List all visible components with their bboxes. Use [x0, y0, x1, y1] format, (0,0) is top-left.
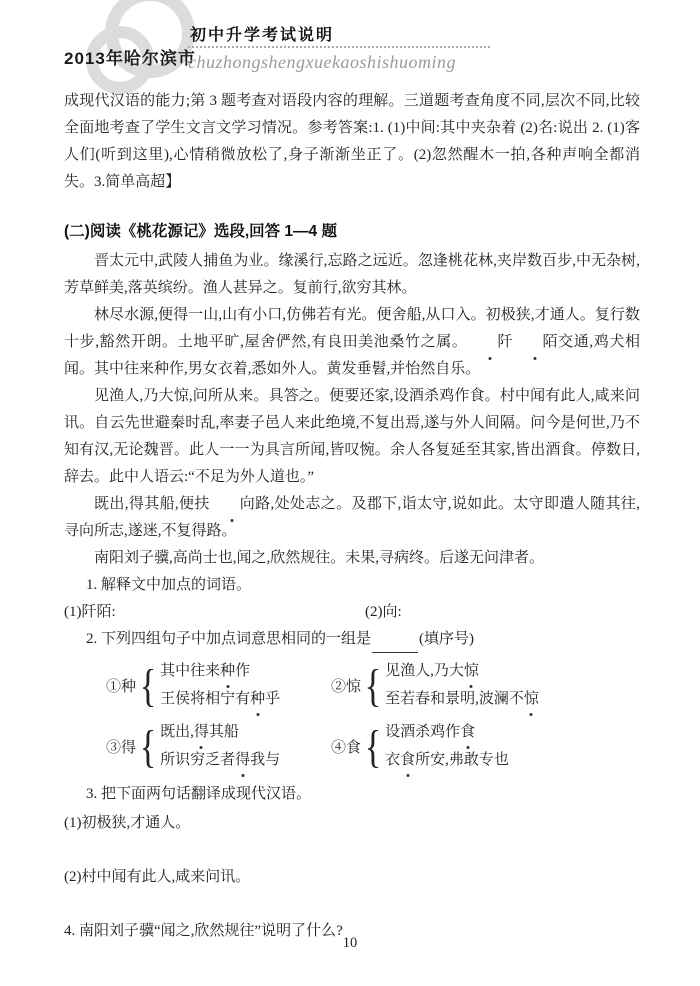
option-group-1-label: ①种: [106, 675, 136, 696]
page-content: 成现代汉语的能力;第 3 题考查对语段内容的理解。三道题考查角度不同,层次不同,…: [64, 88, 640, 945]
option-line: 其中往来种作: [160, 659, 280, 684]
option-line: 衣食所安,弗敢专也: [385, 748, 509, 773]
text-segment: 衣: [385, 752, 400, 768]
option-group-2-label: ②惊: [331, 675, 361, 696]
question-1-label: 1. 解释文中加点的词语。: [64, 572, 640, 599]
header-year-city: 2013年哈尔滨市: [64, 44, 196, 69]
passage-paragraph: 南阳刘子骥,高尚士也,闻之,欣然规往。未果,寻病终。后遂无问津者。: [64, 545, 640, 572]
question-3-part-2: (2)村中闻有此人,咸来问讯。: [64, 864, 640, 891]
option-line: 至若春和景明,波澜不惊: [385, 687, 539, 712]
emphasized-char: 向: [210, 491, 255, 518]
question-2-option-groups: ①种 { 其中往来种作 王侯将相宁有种乎 ②惊 { 见渔人,乃大惊 至若春和景明…: [64, 659, 640, 773]
option-group-4-lines: 设酒杀鸡作食 衣食所安,弗敢专也: [385, 720, 509, 773]
option-line: 见渔人,乃大惊: [385, 659, 539, 684]
question-3-label: 3. 把下面两句话翻译成现代汉语。: [64, 781, 640, 808]
text-segment: 南阳刘子骥,高尚士也,闻之,欣然规往。未果,寻病终。后遂无问津者。: [94, 550, 544, 566]
answer-blank: [372, 638, 418, 653]
text-segment: 所安,弗敢专也: [415, 752, 509, 768]
emphasized-char: 惊: [524, 687, 539, 712]
header-dotted-divider: [188, 46, 490, 48]
emphasized-char: 陌: [513, 329, 558, 356]
emphasized-char: 阡: [468, 329, 513, 356]
answer-writing-space: [64, 891, 640, 916]
text-segment: 晋太元中,武陵人捕鱼为业。缘溪行,忘路之远近。忽逢桃花林,夹岸数百步,中无杂树,…: [64, 253, 640, 296]
left-brace-icon: {: [365, 663, 382, 709]
page-title: 初中升学考试说明: [190, 22, 334, 45]
passage-paragraph: 见渔人,乃大惊,问所从来。具答之。便要还家,设酒杀鸡作食。村中闻有此人,咸来问讯…: [64, 383, 640, 491]
book-page: 2013年哈尔滨市 初中升学考试说明 chuzhongshengxuekaosh…: [0, 0, 700, 986]
text-segment: 既出,: [160, 724, 194, 740]
answer-writing-space: [64, 837, 640, 862]
answer-explanation-paragraph: 成现代汉语的能力;第 3 题考查对语段内容的理解。三道题考查角度不同,层次不同,…: [64, 88, 640, 196]
text-segment: 王侯将相宁有: [160, 691, 250, 707]
page-number: 10: [0, 935, 700, 952]
option-group-2-lines: 见渔人,乃大惊 至若春和景明,波澜不惊: [385, 659, 539, 712]
question-1-part-1: (1)阡陌:: [64, 604, 116, 620]
header-pinyin: chuzhongshengxuekaoshishuoming: [188, 52, 456, 73]
text-segment: 其船: [209, 724, 239, 740]
text-segment: 设酒杀鸡作: [385, 724, 460, 740]
emphasized-char: 得: [194, 720, 209, 745]
question-1-parts: (1)阡陌: (2)向:: [64, 599, 640, 626]
question-2-text-before: 2. 下列四组句子中加点词意思相同的一组是: [86, 626, 371, 653]
emphasized-char: 食: [400, 748, 415, 773]
left-brace-icon: {: [365, 724, 382, 770]
passage-paragraph: 林尽水源,便得一山,山有小口,仿佛若有光。便舍船,从口入。初极狭,才通人。复行数…: [64, 302, 640, 383]
question-1-part-2: (2)向:: [365, 599, 402, 626]
text-segment: 既出,得其船,便扶: [94, 496, 210, 512]
emphasized-char: 惊: [464, 659, 479, 684]
option-line: 既出,得其船: [160, 720, 280, 745]
reading-passage: 晋太元中,武陵人捕鱼为业。缘溪行,忘路之远近。忽逢桃花林,夹岸数百步,中无杂树,…: [64, 248, 640, 572]
emphasized-char: 种: [220, 659, 235, 684]
option-group-1-lines: 其中往来种作 王侯将相宁有种乎: [160, 659, 280, 712]
option-group-4-label: ④食: [331, 736, 361, 757]
option-group-3-label: ③得: [106, 736, 136, 757]
option-group-3: ③得 { 既出,得其船 所识穷乏者得我与: [106, 720, 331, 773]
passage-paragraph: 既出,得其船,便扶向路,处处志之。及郡下,诣太守,说如此。太守即遣人随其往,寻向…: [64, 491, 640, 545]
text-segment: 作: [235, 663, 250, 679]
emphasized-char: 食: [460, 720, 475, 745]
left-brace-icon: {: [140, 724, 157, 770]
option-group-3-lines: 既出,得其船 所识穷乏者得我与: [160, 720, 280, 773]
left-brace-icon: {: [140, 663, 157, 709]
option-group-4: ④食 { 设酒杀鸡作食 衣食所安,弗敢专也: [331, 720, 640, 773]
text-segment: 所识穷乏者: [160, 752, 235, 768]
passage-paragraph: 晋太元中,武陵人捕鱼为业。缘溪行,忘路之远近。忽逢桃花林,夹岸数百步,中无杂树,…: [64, 248, 640, 302]
option-group-1: ①种 { 其中往来种作 王侯将相宁有种乎: [106, 659, 331, 712]
text-segment: 见渔人,乃大惊,问所从来。具答之。便要还家,设酒杀鸡作食。村中闻有此人,咸来问讯…: [64, 388, 640, 485]
emphasized-char: 得: [235, 748, 250, 773]
section-heading: (二)阅读《桃花源记》选段,回答 1—4 题: [64, 220, 640, 244]
option-line: 所识穷乏者得我与: [160, 748, 280, 773]
question-3-part-1: (1)初极狭,才通人。: [64, 810, 640, 837]
option-group-2: ②惊 { 见渔人,乃大惊 至若春和景明,波澜不惊: [331, 659, 640, 712]
text-segment: 其中往来: [160, 663, 220, 679]
text-segment: 乎: [265, 691, 280, 707]
text-segment: 至若春和景明,波澜不: [385, 691, 524, 707]
emphasized-char: 种: [250, 687, 265, 712]
text-segment: 我与: [250, 752, 280, 768]
text-segment: 见渔人,乃大: [385, 663, 464, 679]
option-line: 王侯将相宁有种乎: [160, 687, 280, 712]
option-line: 设酒杀鸡作食: [385, 720, 509, 745]
question-2-label: 2. 下列四组句子中加点词意思相同的一组是 (填序号): [64, 626, 640, 653]
page-header: 2013年哈尔滨市 初中升学考试说明 chuzhongshengxuekaosh…: [0, 0, 700, 92]
question-2-text-after: (填序号): [419, 626, 474, 653]
